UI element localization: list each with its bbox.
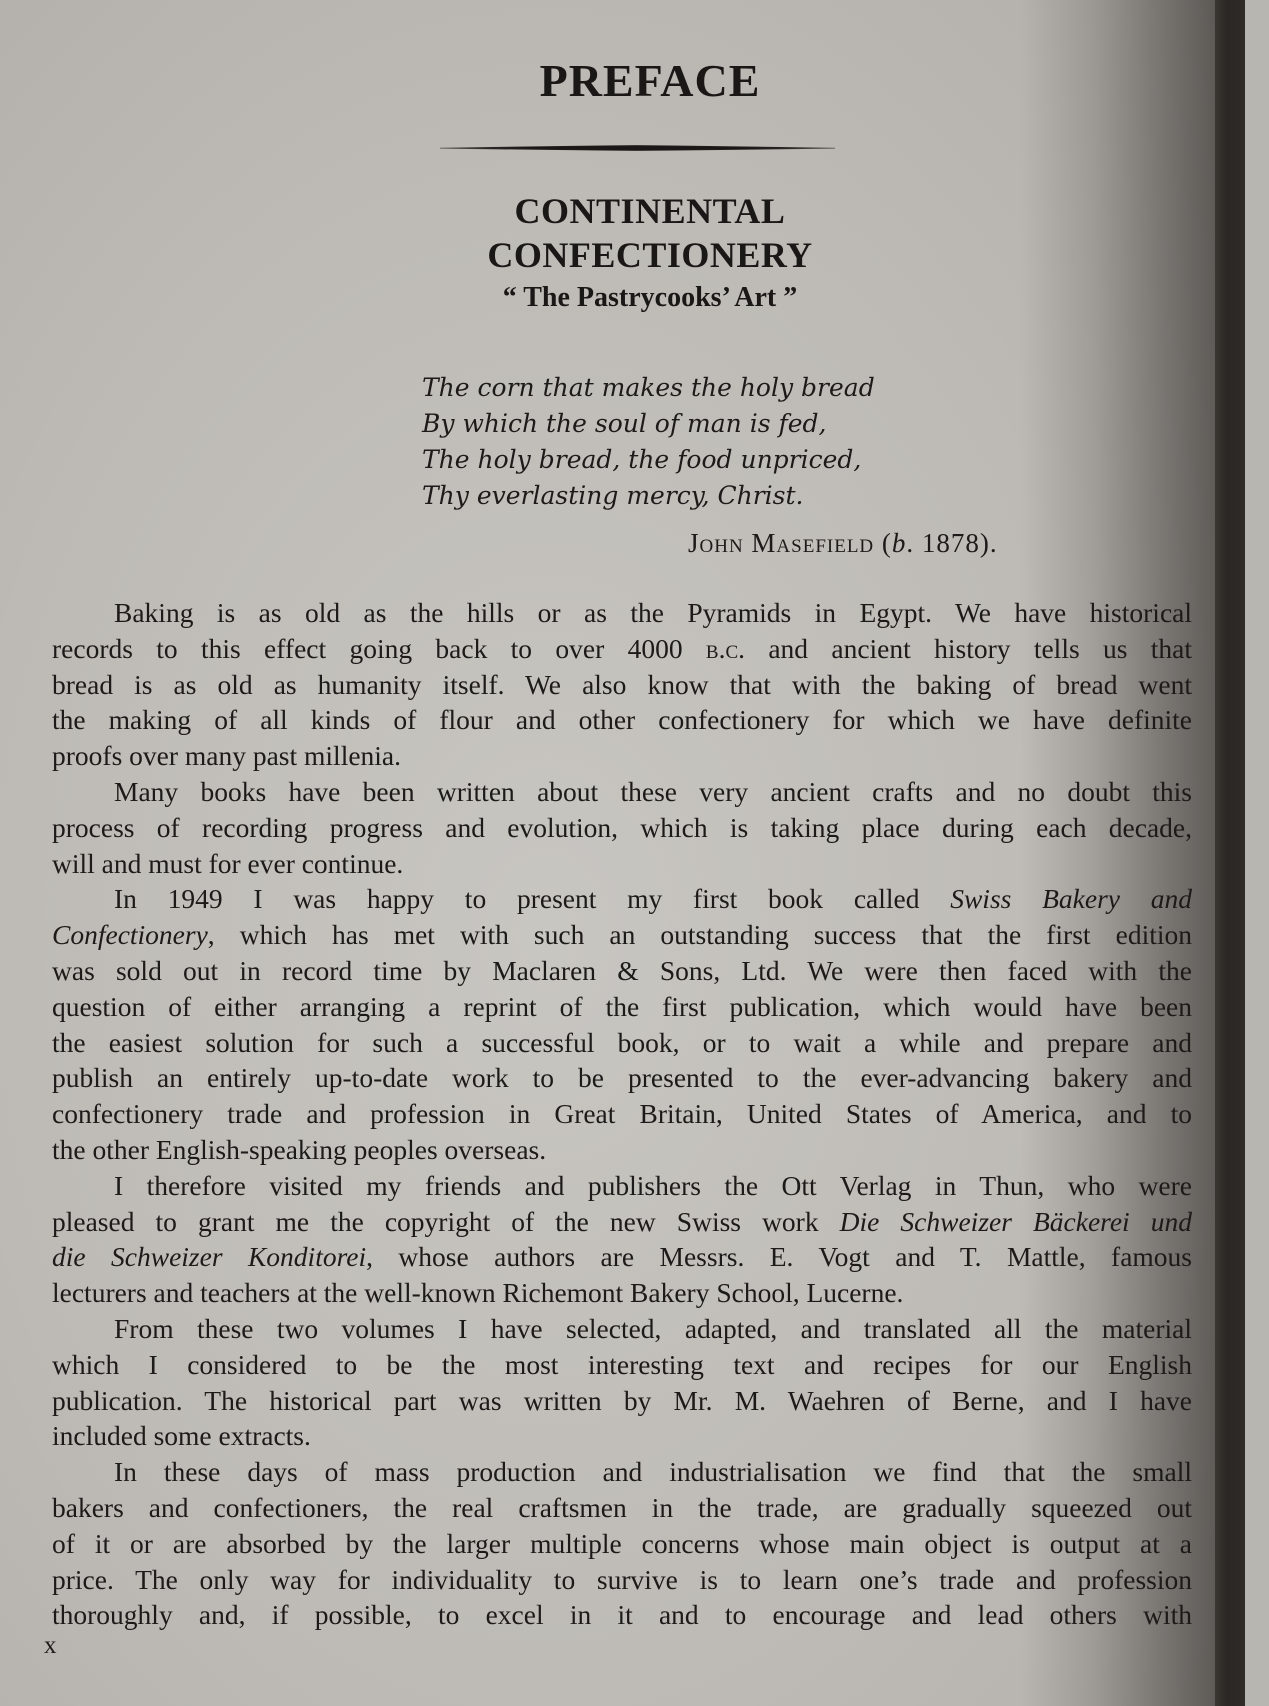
author-note-born: b bbox=[892, 528, 907, 558]
text-line: From these two volumes I have selected, … bbox=[52, 1311, 1192, 1347]
paragraph: Baking is as old as the hills or as the … bbox=[52, 595, 1192, 774]
background-surface bbox=[1245, 0, 1269, 1706]
epigraph-attribution: John Masefield (b. 1878). bbox=[688, 528, 998, 559]
text-line: of it or are absorbed by the larger mult… bbox=[52, 1526, 1192, 1562]
poem-line: The corn that makes the holy bread bbox=[422, 370, 875, 406]
epigraph-poem: The corn that makes the holy bread By wh… bbox=[422, 370, 875, 514]
poem-line: The holy bread, the food unpriced, bbox=[422, 442, 875, 478]
text-line: the other English-speaking peoples overs… bbox=[52, 1132, 1192, 1168]
paragraph: Many books have been written about these… bbox=[52, 774, 1192, 881]
paragraph: I therefore visited my friends and publi… bbox=[52, 1168, 1192, 1311]
text-line: confectionery trade and profession in Gr… bbox=[52, 1096, 1192, 1132]
page-number: x bbox=[44, 1632, 57, 1660]
text-line: Baking is as old as the hills or as the … bbox=[52, 595, 1192, 631]
text-line: In 1949 I was happy to present my first … bbox=[52, 881, 1192, 917]
author-name: John Masefield bbox=[688, 528, 874, 558]
title-divider-rule bbox=[440, 145, 835, 151]
section-heading-line2: CONFECTIONERY bbox=[0, 234, 1269, 276]
text-line: the making of all kinds of flour and oth… bbox=[52, 702, 1192, 738]
text-line: which I considered to be the most intere… bbox=[52, 1347, 1192, 1383]
poem-line: By which the soul of man is fed, bbox=[422, 406, 875, 442]
text-line: will and must for ever continue. bbox=[52, 846, 1192, 882]
book-spine-shadow bbox=[1215, 0, 1245, 1706]
text-line: die Schweizer Konditorei, whose authors … bbox=[52, 1239, 1192, 1275]
section-subheading: “ The Pastrycooks’ Art ” bbox=[0, 282, 1269, 314]
page-title: PREFACE bbox=[0, 54, 1269, 107]
text-line: proofs over many past millenia. bbox=[52, 738, 1192, 774]
text-line: Many books have been written about these… bbox=[52, 774, 1192, 810]
text-line: In these days of mass production and ind… bbox=[52, 1454, 1192, 1490]
paragraph: In these days of mass production and ind… bbox=[52, 1454, 1192, 1633]
text-line: was sold out in record time by Maclaren … bbox=[52, 953, 1192, 989]
text-line: question of either arranging a reprint o… bbox=[52, 989, 1192, 1025]
text-line: price. The only way for individuality to… bbox=[52, 1562, 1192, 1598]
text-line: pleased to grant me the copyright of the… bbox=[52, 1204, 1192, 1240]
text-line: publication. The historical part was wri… bbox=[52, 1383, 1192, 1419]
text-line: bread is as old as humanity itself. We a… bbox=[52, 667, 1192, 703]
author-note: ( bbox=[874, 528, 892, 558]
book-page: PREFACE CONTINENTAL CONFECTIONERY “ The … bbox=[0, 0, 1215, 1706]
text-line: records to this effect going back to ove… bbox=[52, 631, 1192, 667]
text-line: publish an entirely up-to-date work to b… bbox=[52, 1060, 1192, 1096]
section-heading-line1: CONTINENTAL bbox=[0, 190, 1269, 232]
paragraph: From these two volumes I have selected, … bbox=[52, 1311, 1192, 1454]
text-line: process of recording progress and evolut… bbox=[52, 810, 1192, 846]
text-line: the easiest solution for such a successf… bbox=[52, 1025, 1192, 1061]
text-line: lecturers and teachers at the well-known… bbox=[52, 1275, 1192, 1311]
preface-body-text: Baking is as old as the hills or as the … bbox=[52, 595, 1192, 1633]
text-line: I therefore visited my friends and publi… bbox=[52, 1168, 1192, 1204]
poem-line: Thy everlasting mercy, Christ. bbox=[422, 478, 875, 514]
paragraph: In 1949 I was happy to present my first … bbox=[52, 881, 1192, 1167]
text-line: included some extracts. bbox=[52, 1418, 1192, 1454]
author-note-year: . 1878). bbox=[906, 528, 997, 558]
text-line: bakers and confectioners, the real craft… bbox=[52, 1490, 1192, 1526]
text-line: Confectionery, which has met with such a… bbox=[52, 917, 1192, 953]
text-line: thoroughly and, if possible, to excel in… bbox=[52, 1597, 1192, 1633]
